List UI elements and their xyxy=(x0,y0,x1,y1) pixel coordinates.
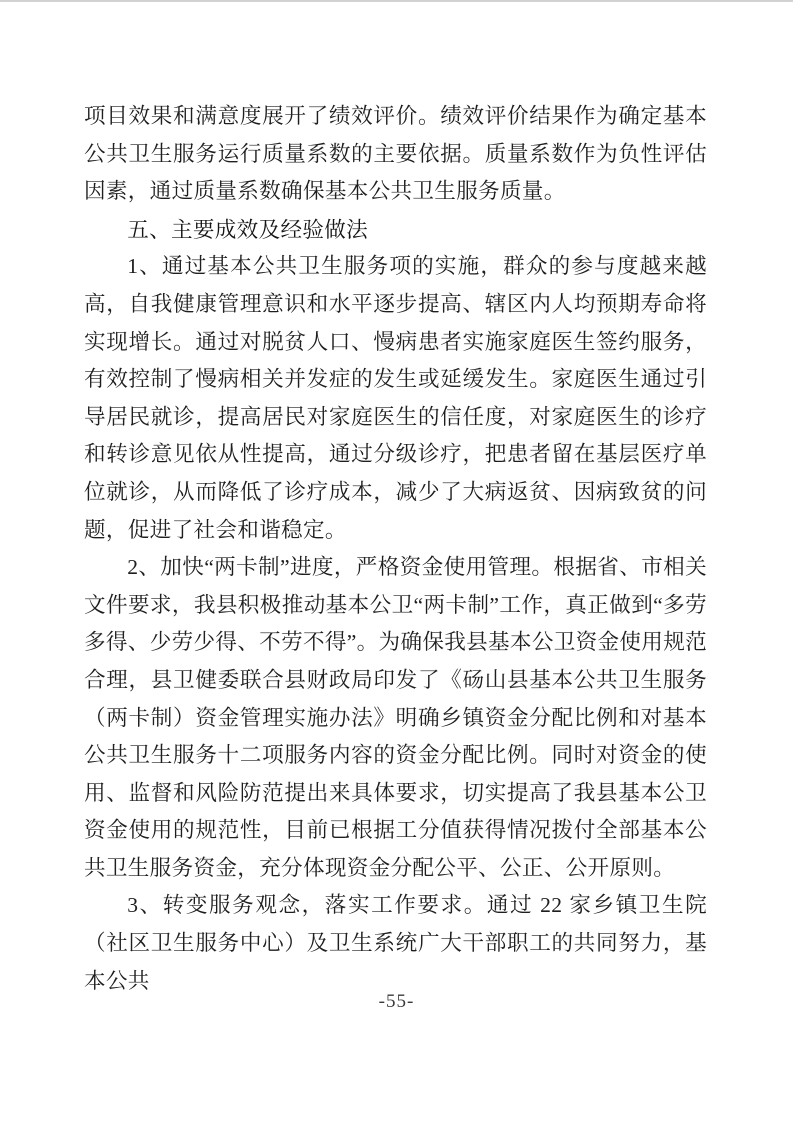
section-heading: 五、主要成效及经验做法 xyxy=(84,211,707,249)
page-footer: -55- xyxy=(0,991,793,1013)
document-page: 项目效果和满意度展开了绩效评价。绩效评价结果作为确定基本公共卫生服务运行质量系数… xyxy=(0,0,793,1122)
paragraph-continuation: 项目效果和满意度展开了绩效评价。绩效评价结果作为确定基本公共卫生服务运行质量系数… xyxy=(84,98,707,211)
page-number: -55- xyxy=(379,991,415,1012)
paragraph-point-2: 2、加快“两卡制”进度，严格资金使用管理。根据省、市相关文件要求，我县积极推动基… xyxy=(84,549,707,887)
page-body-text: 项目效果和满意度展开了绩效评价。绩效评价结果作为确定基本公共卫生服务运行质量系数… xyxy=(84,98,707,1000)
paragraph-point-3: 3、转变服务观念，落实工作要求。通过 22 家乡镇卫生院（社区卫生服务中心）及卫… xyxy=(84,887,707,1000)
paragraph-point-1: 1、通过基本公共卫生服务项的实施，群众的参与度越来越高，自我健康管理意识和水平逐… xyxy=(84,248,707,549)
